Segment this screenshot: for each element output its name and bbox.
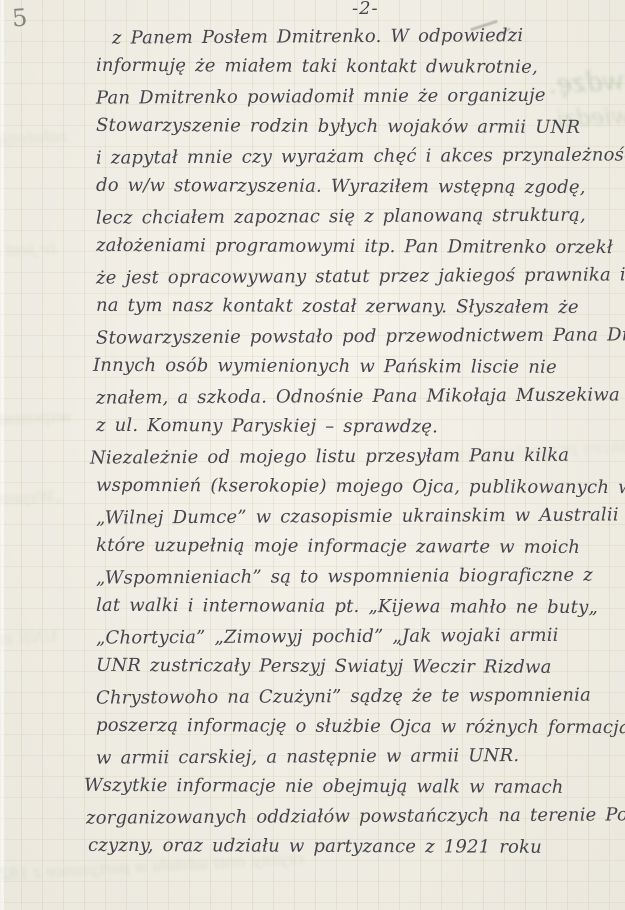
handwritten-line: „Wilnej Dumce” w czasopismie ukrainskim … bbox=[96, 500, 624, 533]
handwritten-line: UNR zustriczały Perszyj Swiatyj Weczir R… bbox=[96, 651, 624, 683]
handwritten-line: „Wspomnieniach” są to wspomnienia biogra… bbox=[96, 560, 624, 593]
handwritten-line: Pan Dmitrenko powiadomił mnie że organiz… bbox=[96, 80, 624, 113]
letter-body: z Panem Posłem Dmitrenko. W odpowiedzi i… bbox=[96, 22, 624, 862]
handwritten-line: wspomnień (kserokopie) mojego Ojca, publ… bbox=[96, 471, 624, 503]
corner-page-number: 5 bbox=[11, 4, 28, 33]
bleedthrough-text: „Wspomnieniach” są to wspomnienia biogra… bbox=[0, 486, 62, 532]
handwritten-line: do w/w stowarzyszenia. Wyraziłem wstępną… bbox=[96, 171, 624, 203]
handwritten-line: Niezależnie od mojego listu przesyłam Pa… bbox=[90, 440, 624, 473]
handwritten-line: Wszytkie informacje nie obejmują walk w … bbox=[84, 771, 624, 803]
handwritten-line: Stowarzyszenie rodzin byłych wojaków arm… bbox=[96, 111, 624, 143]
handwritten-line: zorganizowanych oddziałów powstańczych n… bbox=[86, 800, 624, 833]
handwritten-line: Chrystowoho na Czużyni” sądzę że te wspo… bbox=[96, 680, 624, 713]
handwritten-line: na tym nasz kontakt został zerwany. Słys… bbox=[96, 291, 624, 323]
handwritten-line: że jest opracowywany statut przez jakieg… bbox=[96, 260, 624, 293]
handwritten-line: informuję że miałem taki kontakt dwukrot… bbox=[96, 51, 624, 83]
handwritten-line: czyzny, oraz udziału w partyzance z 1921… bbox=[88, 831, 624, 863]
handwritten-line: znałem, a szkoda. Odnośnie Pana Mikołaja… bbox=[96, 380, 624, 413]
handwritten-line: Stowarzyszenie powstało pod przewodnictw… bbox=[96, 320, 624, 353]
bleedthrough-text: wspomnień (kserokopie) mojego Ojca, publ… bbox=[0, 406, 72, 452]
bleedthrough-text: że jest opracowywany statut przez jakieg… bbox=[0, 238, 58, 284]
handwritten-line: założeniami programowymi itp. Pan Dmitre… bbox=[96, 231, 624, 263]
scanned-letter-page: z ul. Komuny Paryskiej – sprawdzę. z Pan… bbox=[0, 0, 625, 910]
bleedthrough-text: założeniami programowymi itp. Pan Dmitre… bbox=[0, 126, 68, 172]
bleedthrough-text: UNR zustriczały Perszyj Swiatyj Weczir R… bbox=[0, 626, 58, 672]
handwritten-line: lat walki i internowania pt. „Kijewa mah… bbox=[96, 591, 624, 623]
handwritten-line: poszerzą informację o służbie Ojca w róż… bbox=[96, 711, 624, 743]
handwritten-line: lecz chciałem zapoznac się z planowaną s… bbox=[96, 200, 624, 233]
handwritten-line: i zapytał mnie czy wyrażam chęć i akces … bbox=[96, 140, 624, 173]
handwritten-line: z Panem Posłem Dmitrenko. W odpowiedzi bbox=[112, 20, 624, 53]
handwritten-line: „Chortycia” „Zimowyj pochid” „Jak wojaki… bbox=[96, 620, 624, 653]
handwritten-line: z ul. Komuny Paryskiej – sprawdzę. bbox=[96, 411, 624, 443]
scan-edge bbox=[0, 0, 4, 910]
handwritten-line: w armii carskiej, a następnie w armii UN… bbox=[96, 740, 624, 773]
handwritten-line: Innych osób wymienionych w Pańskim lisci… bbox=[93, 351, 624, 383]
page-number: -2- bbox=[352, 0, 379, 19]
handwritten-line: które uzupełnią moje informacje zawarte … bbox=[96, 531, 624, 563]
